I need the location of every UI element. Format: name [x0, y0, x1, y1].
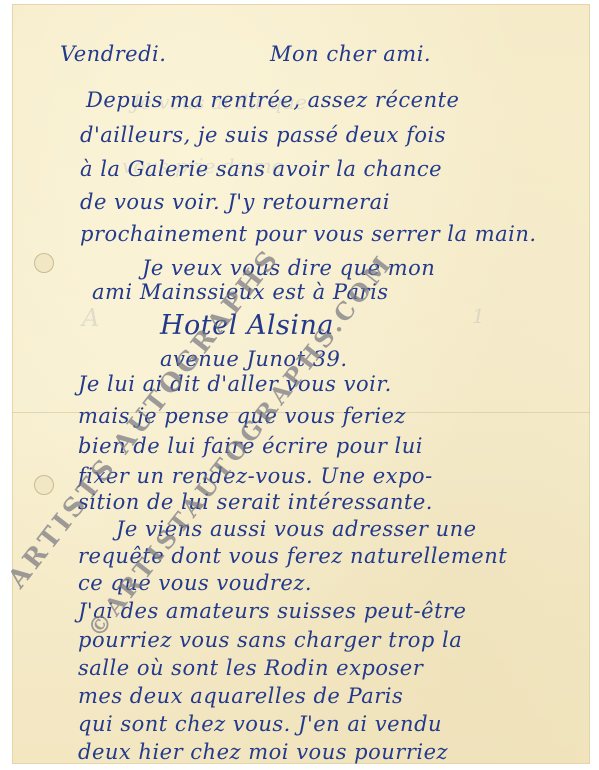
- letter-line: pourriez vous sans charger trop la: [78, 628, 462, 652]
- letter-line: salle où sont les Rodin exposer: [78, 656, 423, 680]
- letter-line: prochainement pour vous serrer la main.: [80, 222, 537, 246]
- letter-line: à la Galerie sans avoir la chance: [80, 157, 442, 181]
- letter-line: sition de lui serait intéressante.: [78, 490, 433, 514]
- letter-salutation: Mon cher ami.: [270, 42, 431, 66]
- punch-hole-bottom: [34, 475, 54, 495]
- letter-line: qui sont chez vous. J'en ai vendu: [78, 712, 442, 736]
- letter-paper: Je vous ai dit que vous prie de me A 1 V…: [12, 4, 590, 764]
- letter-line: Depuis ma rentrée, assez récente: [86, 88, 459, 112]
- letter-line: de vous voir. J'y retournerai: [80, 190, 390, 214]
- bleed-through-text: 1: [472, 304, 485, 328]
- letter-line: mes deux aquarelles de Paris: [78, 684, 403, 708]
- letter-line: fixer un rendez-vous. Une expo-: [78, 464, 433, 488]
- letter-line: J'ai des amateurs suisses peut-être: [78, 599, 466, 623]
- punch-hole-top: [34, 253, 54, 273]
- letter-date: Vendredi.: [60, 42, 166, 66]
- bleed-through-text: A: [82, 304, 99, 332]
- letter-line: deux hier chez moi vous pourriez: [78, 740, 448, 764]
- letter-line: d'ailleurs, je suis passé deux fois: [80, 123, 446, 147]
- letter-line: Je lui ai dit d'aller vous voir.: [78, 372, 392, 396]
